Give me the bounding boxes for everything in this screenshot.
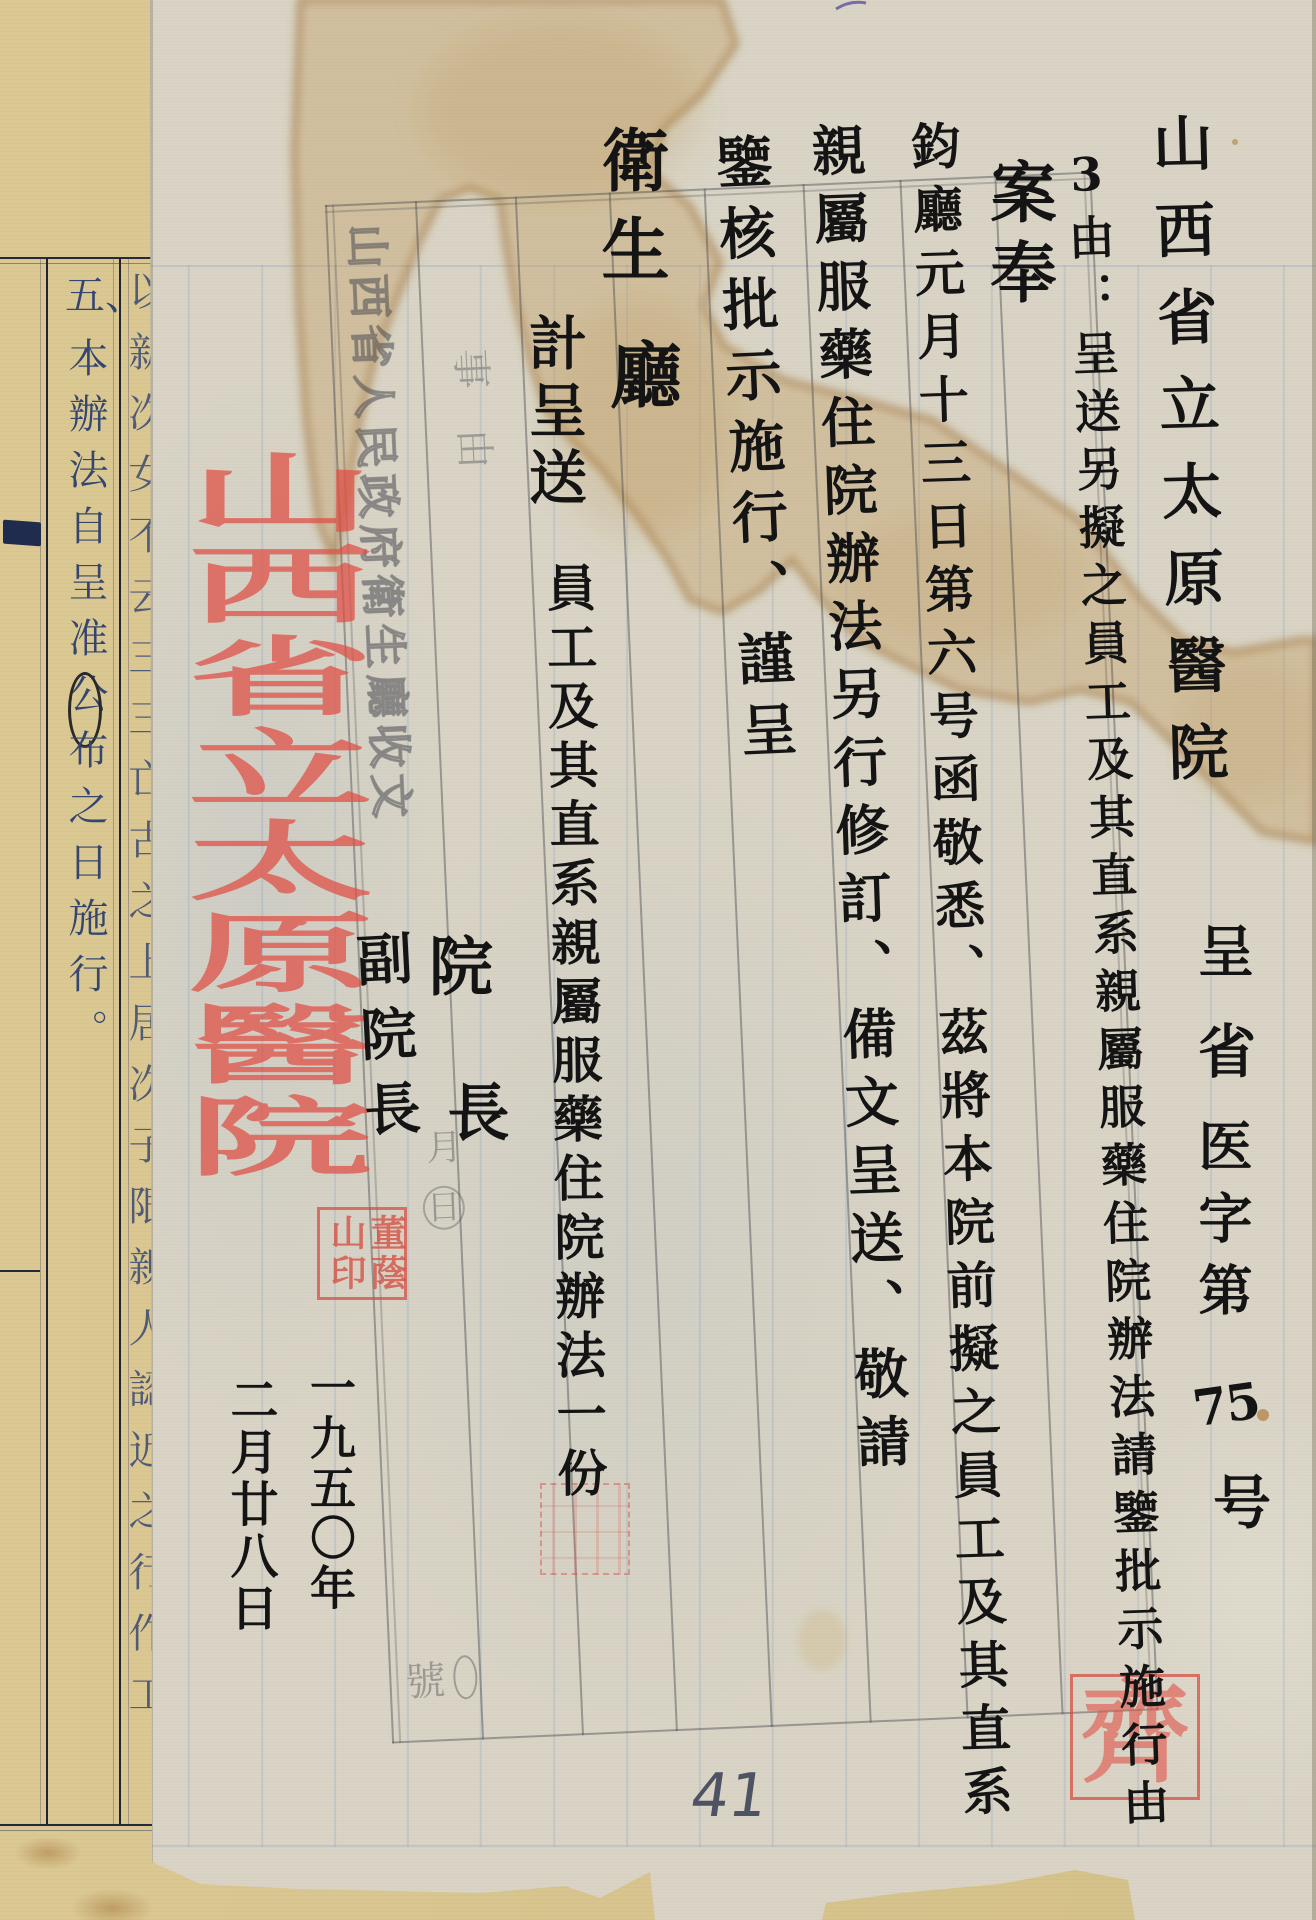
addressee-line-1: 衛生 <box>596 125 664 303</box>
date-year: 一九五〇年 <box>307 1364 353 1614</box>
ruled-line <box>0 263 152 264</box>
stain-spot <box>1232 139 1238 145</box>
addressee-line-2: 廳 <box>604 338 676 410</box>
clause-text-end: 布之日施行。 <box>65 729 105 1065</box>
personal-seal-text: 董蔭山印 <box>326 1214 406 1294</box>
page-edge-right <box>1312 0 1316 1920</box>
sender-name: 山西省立太原醫院 <box>1147 111 1225 808</box>
reference-suffix: 号 <box>1208 1472 1266 1530</box>
reference-prefix: 医字第 <box>1195 1118 1249 1334</box>
date-month-day: 二月廿八日 <box>226 1375 274 1635</box>
ruled-line <box>0 1270 40 1272</box>
ruled-line <box>0 1824 152 1826</box>
reference-recipient: 省 <box>1193 1021 1251 1079</box>
director-title-char: 院 <box>423 933 487 997</box>
pencil-oval-mark <box>452 1655 478 1700</box>
ruled-line <box>46 258 48 1826</box>
ruled-line <box>119 258 121 1826</box>
clause-text: 本辦法自呈准 <box>65 337 105 673</box>
ruled-line <box>113 258 114 1826</box>
personal-seal: 董蔭山印 <box>317 1207 407 1300</box>
reference-number-value: 75 <box>1190 1376 1262 1435</box>
pencil-mark <box>836 2 866 9</box>
reference-verb: 呈 <box>1194 922 1250 978</box>
pencil-number-label: 號 <box>405 1661 447 1703</box>
form-line <box>994 176 1063 1715</box>
enclosure-item: 員工及其直系親屬服藥住院辦法一份 <box>542 562 604 1507</box>
receipt-field-label: 事由 <box>449 348 496 510</box>
ruled-line <box>0 1830 152 1831</box>
ruled-line <box>40 258 41 1826</box>
document-scan: 五、 本辦法自呈准 公 布之日施行。 以新次女不云三三亡古之上居次子限親人認近之… <box>0 0 1316 1920</box>
page-number: 41 <box>687 1766 772 1826</box>
pencil-day-label: 日 <box>422 1185 466 1231</box>
binding-tab-mark <box>3 520 41 547</box>
body-line: 案奉 <box>985 158 1051 318</box>
letter-page: 山西省人民政府衛生廳收文 事由 月 日 號 山西省立太原醫院 董蔭山印 齊 山西… <box>0 0 1316 1920</box>
ruled-line <box>0 257 152 259</box>
director-title-char: 長 <box>442 1080 504 1142</box>
enclosure-label: 計呈送 <box>524 313 582 514</box>
deputy-director-title: 副院長 <box>351 929 419 1157</box>
hospital-seal: 山西省立太原醫院 <box>171 448 356 1184</box>
